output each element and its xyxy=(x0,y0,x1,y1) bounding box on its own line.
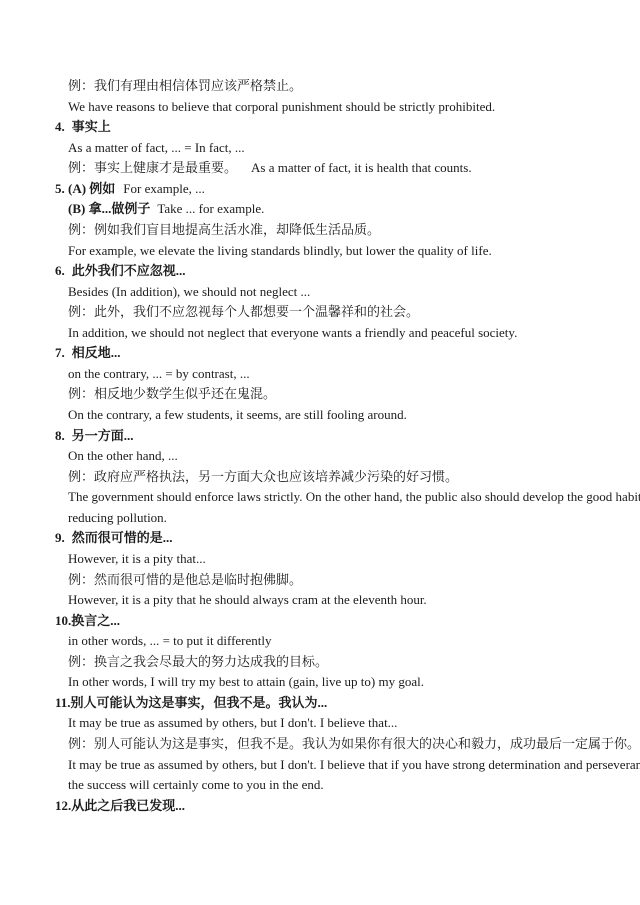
phrase-item-subheading: (B) 拿...做例子Take ... for example. xyxy=(55,199,590,220)
phrase-item-heading: 5. (A) 例如For example, ... xyxy=(55,179,590,200)
example-sentence-zh: 例：相反地少数学生似乎还在鬼混。 xyxy=(55,384,590,405)
phrase-heading-text: 然而很可惜的是... xyxy=(72,530,173,545)
phrase-item-heading: 8.另一方面... xyxy=(55,426,590,447)
example-sentence-zh: 例：例如我们盲目地提高生活水准，却降低生活品质。 xyxy=(55,220,590,241)
phrase-heading-text: 4. xyxy=(55,119,65,134)
phrase-item-heading: 7.相反地... xyxy=(55,343,590,364)
phrase-heading-text: 5. (A) 例如 xyxy=(55,181,115,196)
english-sentence: It may be true as assumed by others, but… xyxy=(55,755,590,776)
sentence-text: It may be true as assumed by others, but… xyxy=(68,715,397,730)
sentence-text: in other words, ... = to put it differen… xyxy=(68,633,272,648)
phrase-item-heading: 12.从此之后我已发现... xyxy=(55,796,590,817)
example-sentence-zh: 例：此外，我们不应忽视每个人都想要一个温馨祥和的社会。 xyxy=(55,302,590,323)
english-sentence: The government should enforce laws stric… xyxy=(55,487,590,508)
phrase-heading-text: 8. xyxy=(55,428,65,443)
phrase-pattern-en: It may be true as assumed by others, but… xyxy=(55,713,590,734)
phrase-item-heading: 9.然而很可惜的是... xyxy=(55,528,590,549)
sentence-text: On the other hand, ... xyxy=(68,448,178,463)
phrase-heading-text: 6. xyxy=(55,263,65,278)
english-sentence: In addition, we should not neglect that … xyxy=(55,323,590,344)
sentence-text: As a matter of fact, it is health that c… xyxy=(251,160,472,175)
sentence-text: the success will certainly come to you i… xyxy=(68,777,324,792)
phrase-heading-text: 11. xyxy=(55,695,71,710)
phrase-pattern-en: on the contrary, ... = by contrast, ... xyxy=(55,364,590,385)
sentence-text: 例：例如我们盲目地提高生活水准，却降低生活品质。 xyxy=(68,222,380,237)
phrase-heading-text: 此外我们不应忽视... xyxy=(72,263,186,278)
english-sentence: We have reasons to believe that corporal… xyxy=(55,97,590,118)
phrase-item-heading: 4.事实上 xyxy=(55,117,590,138)
sentence-text: However, it is a pity that... xyxy=(68,551,206,566)
phrase-item-heading: 10.换言之... xyxy=(55,611,590,632)
phrase-heading-text: 10. xyxy=(55,613,71,628)
phrase-heading-text: 从此之后我已发现... xyxy=(71,798,185,813)
example-sentence-zh: 例：我们有理由相信体罚应该严格禁止。 xyxy=(55,76,590,97)
example-sentence-zh: 例：然而很可惜的是他总是临时抱佛脚。 xyxy=(55,570,590,591)
english-sentence: reducing pollution. xyxy=(55,508,590,529)
sentence-text: reducing pollution. xyxy=(68,510,167,525)
sentence-text: We have reasons to believe that corporal… xyxy=(68,99,495,114)
example-sentence-zh: 例：政府应严格执法，另一方面大众也应该培养减少污染的好习惯。 xyxy=(55,467,590,488)
example-sentence-zh: 例：事实上健康才是最重要。As a matter of fact, it is … xyxy=(55,158,590,179)
sentence-text: 例：然而很可惜的是他总是临时抱佛脚。 xyxy=(68,572,302,587)
english-sentence: On the contrary, a few students, it seem… xyxy=(55,405,590,426)
sentence-text: on the contrary, ... = by contrast, ... xyxy=(68,366,250,381)
example-sentence-zh: 例：别人可能认为这是事实，但我不是。我认为如果你有很大的决心和毅力，成功最后一定… xyxy=(55,734,590,755)
phrase-item-heading: 11.别人可能认为这是事实，但我不是。我认为... xyxy=(55,693,590,714)
example-sentence-zh: 例：换言之我会尽最大的努力达成我的目标。 xyxy=(55,652,590,673)
sentence-text: As a matter of fact, ... = In fact, ... xyxy=(68,140,245,155)
sentence-text: In other words, I will try my best to at… xyxy=(68,674,424,689)
sentence-text: 例：政府应严格执法，另一方面大众也应该培养减少污染的好习惯。 xyxy=(68,469,458,484)
sentence-text: The government should enforce laws stric… xyxy=(68,489,640,504)
sentence-text: 例：此外，我们不应忽视每个人都想要一个温馨祥和的社会。 xyxy=(68,304,419,319)
sentence-text: However, it is a pity that he should alw… xyxy=(68,592,427,607)
phrase-heading-text: 另一方面... xyxy=(72,428,134,443)
english-sentence: However, it is a pity that he should alw… xyxy=(55,590,590,611)
phrase-heading-text: 7. xyxy=(55,345,65,360)
english-sentence: In other words, I will try my best to at… xyxy=(55,672,590,693)
sentence-text: 例：别人可能认为这是事实，但我不是。我认为如果你有很大的决心和毅力，成功最后一定… xyxy=(68,736,640,751)
sentence-text: On the contrary, a few students, it seem… xyxy=(68,407,407,422)
document-page: 例：我们有理由相信体罚应该严格禁止。We have reasons to bel… xyxy=(0,0,640,905)
sentence-text: In addition, we should not neglect that … xyxy=(68,325,517,340)
english-sentence: For example, we elevate the living stand… xyxy=(55,241,590,262)
phrase-heading-text: 事实上 xyxy=(72,119,111,134)
sentence-text: 例：换言之我会尽最大的努力达成我的目标。 xyxy=(68,654,328,669)
phrase-heading-text: 别人可能认为这是事实，但我不是。我认为... xyxy=(71,695,328,710)
phrase-heading-text: 12. xyxy=(55,798,71,813)
phrase-pattern-en: in other words, ... = to put it differen… xyxy=(55,631,590,652)
phrase-pattern-en: On the other hand, ... xyxy=(55,446,590,467)
phrase-heading-text: 相反地... xyxy=(72,345,121,360)
phrase-pattern-en: As a matter of fact, ... = In fact, ... xyxy=(55,138,590,159)
sentence-text: Besides (In addition), we should not neg… xyxy=(68,284,310,299)
sentence-text: 例：我们有理由相信体罚应该严格禁止。 xyxy=(68,78,302,93)
phrase-heading-text: 换言之... xyxy=(71,613,120,628)
english-sentence: the success will certainly come to you i… xyxy=(55,775,590,796)
phrase-pattern-en: Besides (In addition), we should not neg… xyxy=(55,282,590,303)
phrase-pattern-en: However, it is a pity that... xyxy=(55,549,590,570)
sentence-text: It may be true as assumed by others, but… xyxy=(68,757,640,772)
sentence-text: 例：相反地少数学生似乎还在鬼混。 xyxy=(68,386,276,401)
sentence-text: Take ... for example. xyxy=(157,201,264,216)
phrase-heading-text: 9. xyxy=(55,530,65,545)
sentence-text: For example, ... xyxy=(123,181,205,196)
phrase-item-heading: 6.此外我们不应忽视... xyxy=(55,261,590,282)
sentence-text: 例：事实上健康才是最重要。 xyxy=(68,160,237,175)
phrase-heading-text: (B) 拿...做例子 xyxy=(68,201,150,216)
sentence-text: For example, we elevate the living stand… xyxy=(68,243,492,258)
